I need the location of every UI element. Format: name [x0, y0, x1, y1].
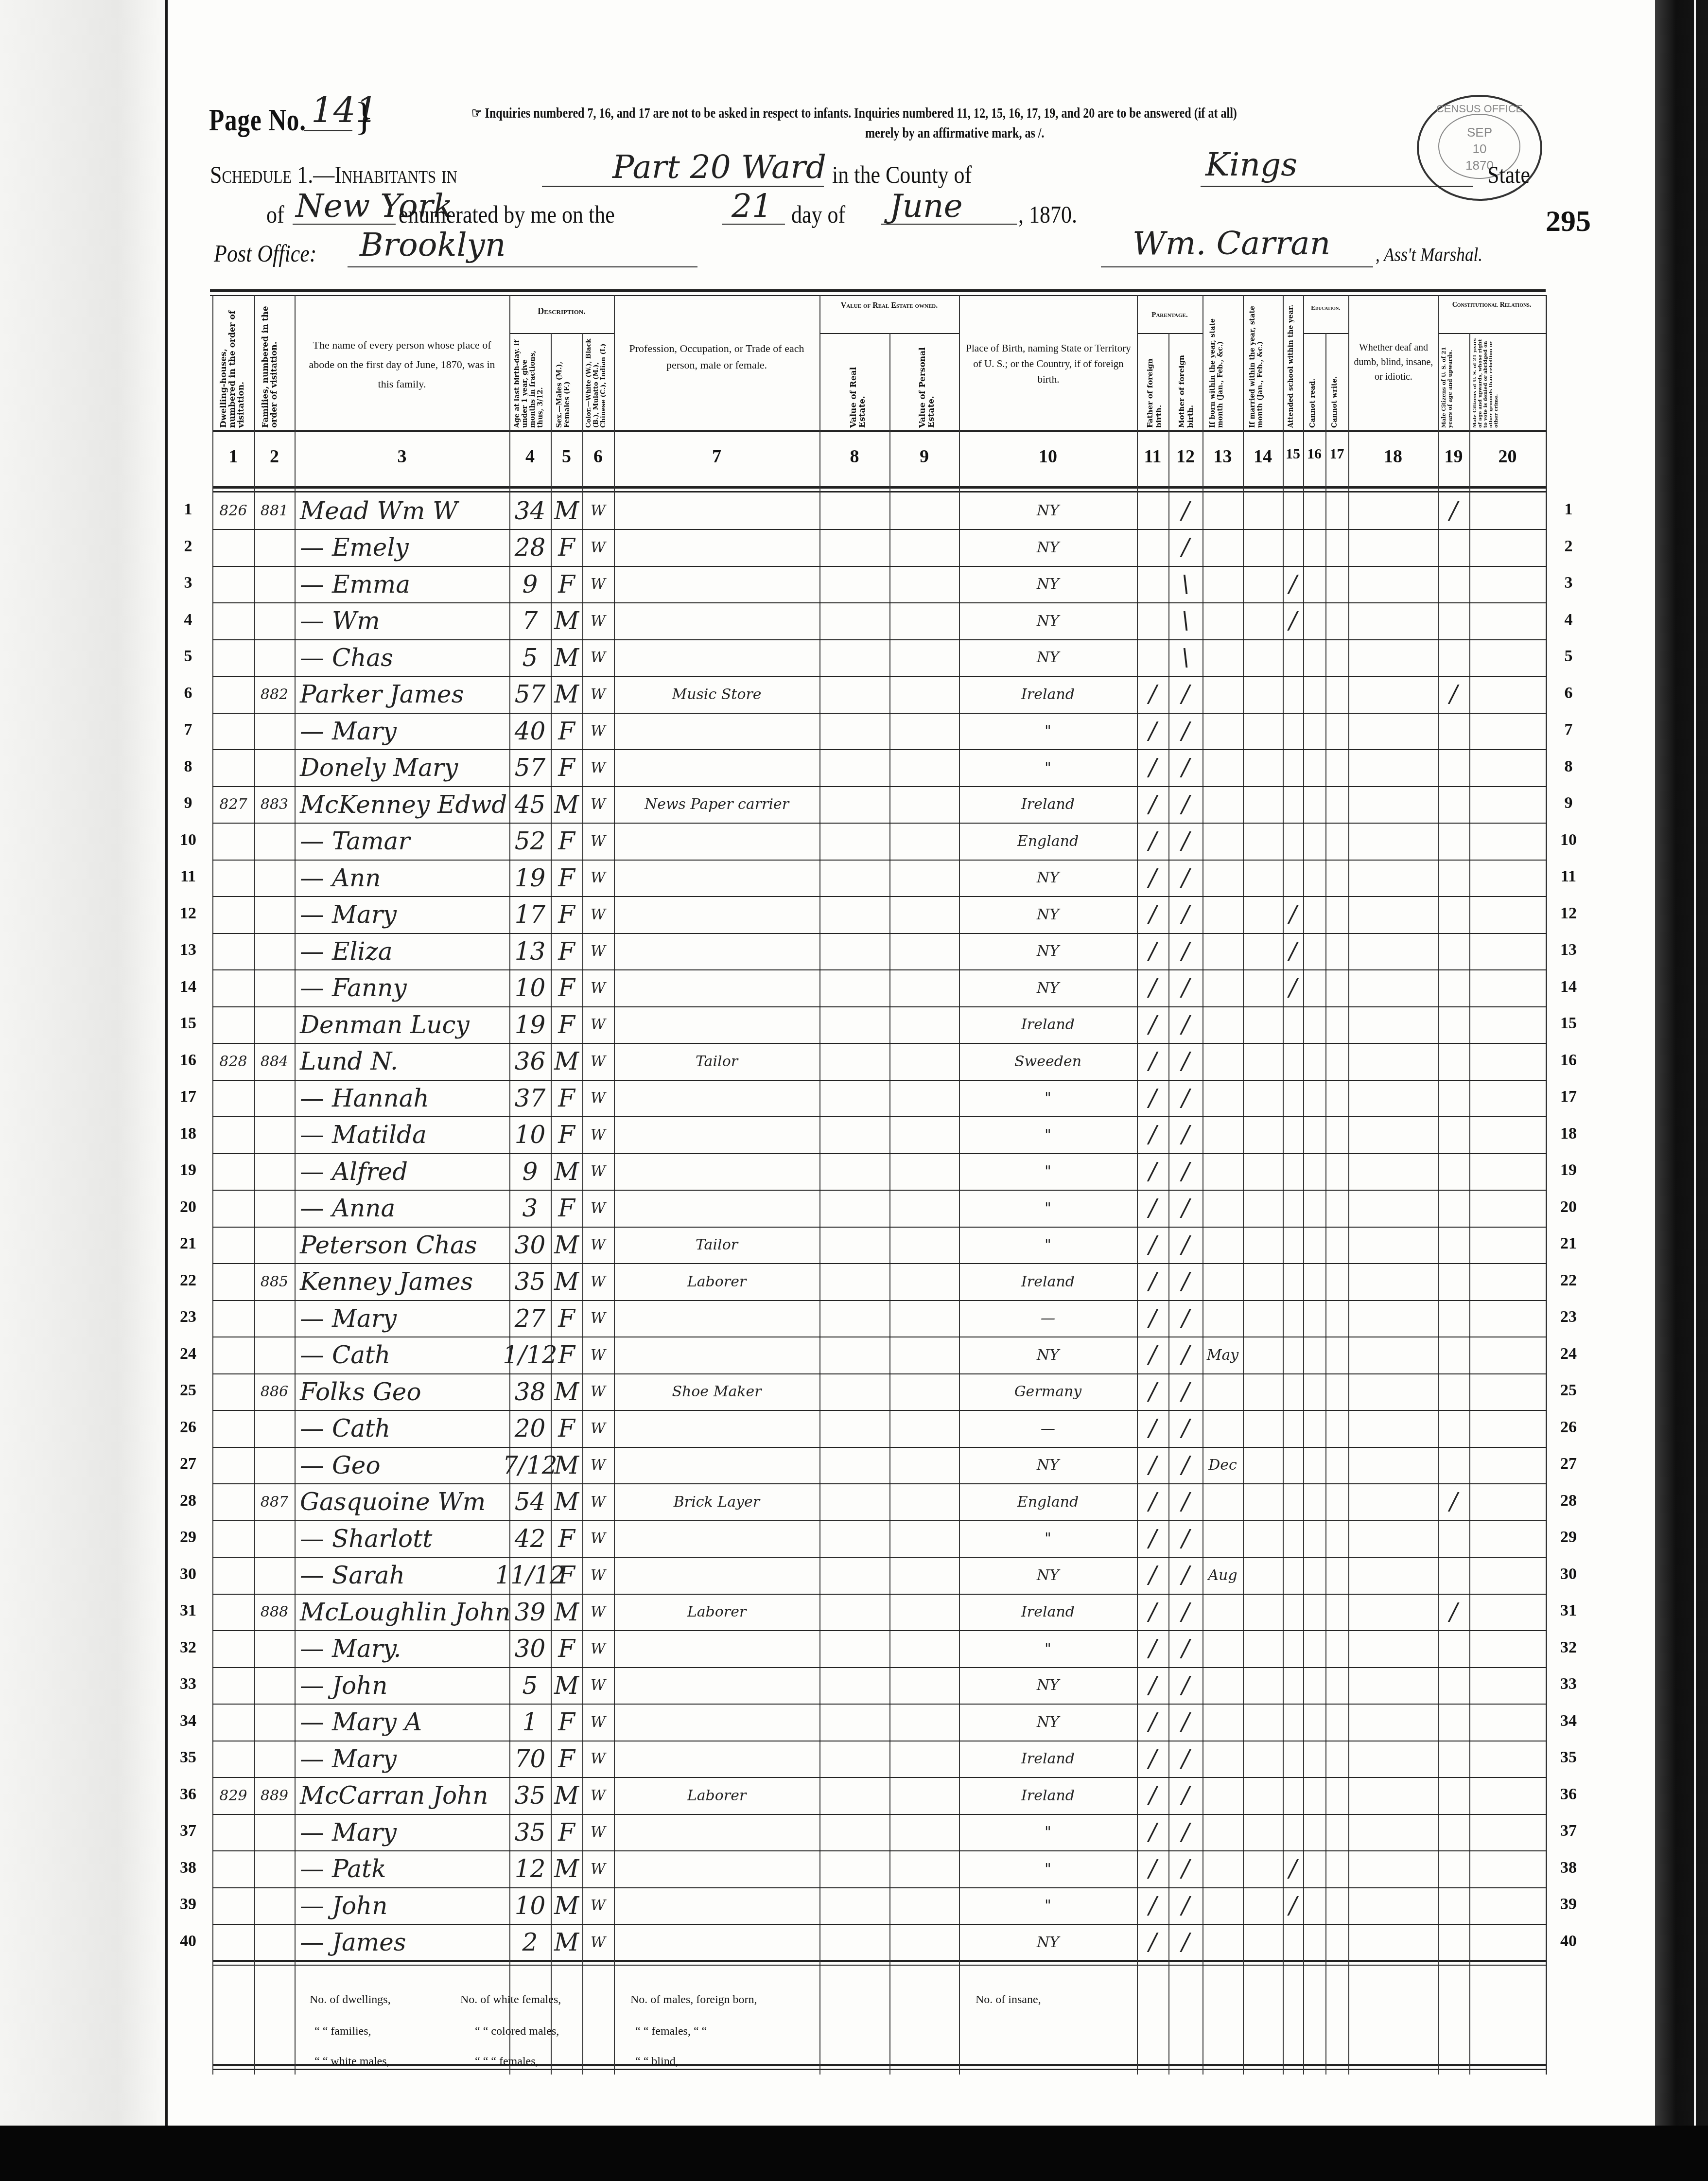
cell-family: 889 — [254, 1777, 295, 1814]
cell-school — [1283, 529, 1303, 566]
cell-birthplace: NY — [959, 1337, 1137, 1374]
row-number-left: 10 — [174, 831, 203, 849]
cell-age: 45 — [509, 786, 551, 823]
cell-name: — John — [300, 1887, 509, 1924]
table-row: 88Donely Mary57FW"// — [212, 750, 1546, 787]
cell-sex: M — [551, 676, 582, 713]
cell-mother-foreign: \ — [1168, 566, 1203, 603]
row-number-right: 28 — [1554, 1492, 1583, 1510]
table-row: 1919— Alfred9MW"// — [212, 1153, 1546, 1190]
table-row: 2121Peterson Chas30MWTailor"// — [212, 1227, 1546, 1264]
row-number-left: 13 — [174, 941, 203, 959]
cell-father-foreign: / — [1137, 1814, 1168, 1851]
cell-color: W — [582, 713, 614, 750]
cell-color: W — [582, 823, 614, 860]
row-number-left: 36 — [174, 1785, 203, 1804]
cell-age: 42 — [509, 1520, 551, 1557]
cell-married-month — [1243, 1080, 1283, 1117]
cell-occupation: Shoe Maker — [614, 1373, 819, 1410]
cell-father-foreign: / — [1137, 1373, 1168, 1410]
cell-age: 11/12 — [509, 1557, 551, 1594]
column-number: 13 — [1203, 446, 1243, 467]
cell-age: 19 — [509, 1006, 551, 1043]
cell-family: 885 — [254, 1264, 295, 1301]
day-value: 21 — [732, 187, 772, 225]
cell-sex: F — [551, 1557, 582, 1594]
cell-dwelling — [212, 1190, 254, 1227]
cell-family: 887 — [254, 1484, 295, 1521]
row-number-left: 16 — [174, 1051, 203, 1070]
cell-name: Gasquoine Wm — [300, 1484, 509, 1521]
cell-age: 10 — [509, 1887, 551, 1924]
cell-dwelling — [212, 566, 254, 603]
cell-school — [1283, 823, 1303, 860]
table-row: 2828887Gasquoine Wm54MWBrick LayerEnglan… — [212, 1484, 1546, 1521]
cell-school — [1283, 1300, 1303, 1337]
cell-age: 52 — [509, 823, 551, 860]
cell-school — [1283, 1190, 1303, 1227]
cell-occupation — [614, 639, 819, 676]
cell-born-month — [1203, 786, 1243, 823]
row-number-right: 36 — [1554, 1785, 1583, 1804]
instructions-notice-line2: merely by an affirmative mark, as /. — [865, 125, 1045, 141]
row-number-right: 18 — [1554, 1125, 1583, 1143]
cell-dwelling — [212, 1704, 254, 1741]
cell-school — [1283, 1043, 1303, 1080]
row-number-left: 8 — [174, 757, 203, 776]
of-label: of — [266, 200, 284, 229]
cell-father-foreign: / — [1137, 1924, 1168, 1961]
cell-sex: F — [551, 1006, 582, 1043]
cell-name: — Mary — [300, 897, 509, 933]
cell-occupation — [614, 1080, 819, 1117]
cell-married-month — [1243, 1594, 1283, 1631]
row-number-left: 37 — [174, 1822, 203, 1840]
cell-father-foreign: / — [1137, 1704, 1168, 1741]
row-number-left: 11 — [174, 867, 203, 886]
cell-dwelling — [212, 529, 254, 566]
cell-dwelling — [212, 603, 254, 640]
cell-sex: F — [551, 860, 582, 897]
cell-name: — Mary — [300, 713, 509, 750]
cell-citizen — [1438, 1153, 1469, 1190]
cell-age: 19 — [509, 860, 551, 897]
cell-dwelling — [212, 750, 254, 787]
cell-school — [1283, 1924, 1303, 1961]
cell-name: — Mary A — [300, 1704, 509, 1741]
row-number-left: 31 — [174, 1601, 203, 1620]
cell-birthplace: " — [959, 750, 1137, 787]
cell-age: 39 — [509, 1594, 551, 1631]
cell-sex: F — [551, 529, 582, 566]
cell-occupation — [614, 1153, 819, 1190]
cell-color: W — [582, 566, 614, 603]
cell-birthplace: NY — [959, 897, 1137, 933]
cell-family — [254, 1851, 295, 1888]
cell-sex: F — [551, 823, 582, 860]
cell-birthplace: Germany — [959, 1373, 1137, 1410]
cell-citizen — [1438, 823, 1469, 860]
cell-married-month — [1243, 1153, 1283, 1190]
cell-family — [254, 897, 295, 933]
cell-occupation — [614, 1851, 819, 1888]
cell-school: / — [1283, 566, 1303, 603]
cell-citizen — [1438, 1337, 1469, 1374]
table-row: 3333— John5MWNY// — [212, 1667, 1546, 1704]
cell-born-month — [1203, 1153, 1243, 1190]
row-number-right: 10 — [1554, 831, 1583, 849]
cell-mother-foreign: / — [1168, 750, 1203, 787]
cell-family — [254, 1117, 295, 1154]
cell-birthplace: NY — [959, 566, 1137, 603]
cell-school — [1283, 713, 1303, 750]
footer-males-foreign: No. of males, foreign born, — [630, 1993, 757, 2006]
cell-family — [254, 713, 295, 750]
cell-mother-foreign: / — [1168, 529, 1203, 566]
cell-sex: F — [551, 1410, 582, 1447]
cell-mother-foreign: / — [1168, 1373, 1203, 1410]
cell-name: — Geo — [300, 1447, 509, 1484]
column-number: 19 — [1438, 446, 1469, 467]
cell-color: W — [582, 676, 614, 713]
cell-name: — Hannah — [300, 1080, 509, 1117]
cell-father-foreign: / — [1137, 1887, 1168, 1924]
county-value: Kings — [1205, 146, 1297, 183]
cell-mother-foreign: \ — [1168, 639, 1203, 676]
cell-dwelling — [212, 639, 254, 676]
cell-sex: F — [551, 750, 582, 787]
cell-color: W — [582, 1190, 614, 1227]
column-number: 20 — [1469, 446, 1546, 467]
cell-father-foreign: / — [1137, 1227, 1168, 1264]
census-table: Dwelling-houses, numbered in the order o… — [212, 289, 1546, 2064]
row-number-right: 17 — [1554, 1088, 1583, 1106]
cell-mother-foreign: / — [1168, 1594, 1203, 1631]
cell-born-month — [1203, 1777, 1243, 1814]
cell-married-month — [1243, 713, 1283, 750]
cell-occupation — [614, 603, 819, 640]
table-row: 66882Parker James57MWMusic StoreIreland/… — [212, 676, 1546, 713]
table-row: 3434— Mary A1FWNY// — [212, 1704, 1546, 1741]
cell-birthplace: — — [959, 1300, 1137, 1337]
cell-school — [1283, 1410, 1303, 1447]
cell-married-month — [1243, 529, 1283, 566]
cell-citizen — [1438, 970, 1469, 1007]
cell-mother-foreign: / — [1168, 1814, 1203, 1851]
cell-married-month — [1243, 1851, 1283, 1888]
cell-married-month — [1243, 1704, 1283, 1741]
cell-birthplace: " — [959, 713, 1137, 750]
cell-dwelling — [212, 1227, 254, 1264]
cell-mother-foreign: / — [1168, 1117, 1203, 1154]
cell-married-month — [1243, 1006, 1283, 1043]
row-number-right: 9 — [1554, 794, 1583, 812]
cell-sex: M — [551, 1043, 582, 1080]
cell-citizen — [1438, 1447, 1469, 1484]
cell-mother-foreign: / — [1168, 1300, 1203, 1337]
cell-age: 5 — [509, 1667, 551, 1704]
row-number-left: 33 — [174, 1675, 203, 1693]
constitutional-group-header: Constitutional Relations. — [1438, 301, 1546, 309]
parentage-group-header: Parentage. — [1137, 311, 1203, 319]
table-row: 1616828884Lund N.36MWTailorSweeden// — [212, 1043, 1546, 1080]
cell-color: W — [582, 1594, 614, 1631]
cell-married-month — [1243, 1484, 1283, 1521]
cell-sex: M — [551, 786, 582, 823]
cell-birthplace: Ireland — [959, 1264, 1137, 1301]
cell-age: 36 — [509, 1043, 551, 1080]
cell-color: W — [582, 1006, 614, 1043]
row-number-left: 7 — [174, 721, 203, 739]
cell-color: W — [582, 1153, 614, 1190]
cell-father-foreign: / — [1137, 1484, 1168, 1521]
row-number-left: 30 — [174, 1565, 203, 1583]
cell-father-foreign: / — [1137, 676, 1168, 713]
cell-father-foreign: / — [1137, 1300, 1168, 1337]
cell-school — [1283, 1227, 1303, 1264]
cell-sex: M — [551, 1264, 582, 1301]
col4-header: Age at last birth-day. If under 1 year, … — [513, 338, 547, 428]
cell-family — [254, 639, 295, 676]
post-office-label: Post Office: — [214, 239, 316, 267]
cell-family: 884 — [254, 1043, 295, 1080]
cell-birthplace: " — [959, 1153, 1137, 1190]
cell-father-foreign: / — [1137, 1153, 1168, 1190]
cell-father-foreign — [1137, 639, 1168, 676]
cell-color: W — [582, 492, 614, 529]
cell-family — [254, 1447, 295, 1484]
row-number-left: 39 — [174, 1895, 203, 1914]
cell-age: 20 — [509, 1410, 551, 1447]
cell-occupation — [614, 1300, 819, 1337]
row-number-right: 12 — [1554, 904, 1583, 923]
cell-born-month — [1203, 1887, 1243, 1924]
education-group-header: Education. — [1303, 304, 1348, 312]
column-number: 15 — [1283, 446, 1303, 462]
cell-sex: F — [551, 970, 582, 1007]
cell-name: — Mary — [300, 1300, 509, 1337]
footer-females-foreign: “ “ females, “ “ — [635, 2025, 707, 2038]
cell-married-month — [1243, 603, 1283, 640]
cell-name: McCarran John — [300, 1777, 509, 1814]
row-number-left: 9 — [174, 794, 203, 812]
cell-sex: F — [551, 566, 582, 603]
cell-age: 35 — [509, 1814, 551, 1851]
cell-dwelling — [212, 1410, 254, 1447]
cell-married-month — [1243, 1264, 1283, 1301]
cell-family — [254, 1741, 295, 1777]
cell-citizen — [1438, 1704, 1469, 1741]
cell-married-month — [1243, 1447, 1283, 1484]
cell-married-month — [1243, 1043, 1283, 1080]
cell-family — [254, 566, 295, 603]
cell-family — [254, 1300, 295, 1337]
cell-occupation — [614, 1741, 819, 1777]
cell-age: 27 — [509, 1300, 551, 1337]
cell-father-foreign — [1137, 529, 1168, 566]
cell-color: W — [582, 750, 614, 787]
cell-mother-foreign: / — [1168, 1924, 1203, 1961]
cell-color: W — [582, 1043, 614, 1080]
cell-school — [1283, 1337, 1303, 1374]
cell-occupation — [614, 750, 819, 787]
county-label: in the County of — [832, 160, 972, 189]
cell-born-month — [1203, 639, 1243, 676]
cell-name: — Mary — [300, 1741, 509, 1777]
row-number-right: 34 — [1554, 1712, 1583, 1730]
cell-citizen — [1438, 1373, 1469, 1410]
cell-family — [254, 1227, 295, 1264]
cell-occupation — [614, 1887, 819, 1924]
cell-school — [1283, 676, 1303, 713]
cell-married-month — [1243, 1667, 1283, 1704]
cell-married-month — [1243, 1777, 1283, 1814]
cell-mother-foreign: / — [1168, 1006, 1203, 1043]
cell-dwelling: 829 — [212, 1777, 254, 1814]
cell-birthplace: Ireland — [959, 786, 1137, 823]
cell-born-month — [1203, 1300, 1243, 1337]
row-number-left: 1 — [174, 500, 203, 519]
cell-school — [1283, 1814, 1303, 1851]
cell-birthplace: NY — [959, 933, 1137, 970]
cell-age: 5 — [509, 639, 551, 676]
cell-age: 35 — [509, 1264, 551, 1301]
cell-color: W — [582, 1924, 614, 1961]
cell-citizen — [1438, 1741, 1469, 1777]
row-number-left: 17 — [174, 1088, 203, 1106]
cell-born-month — [1203, 492, 1243, 529]
cell-family — [254, 1080, 295, 1117]
cell-age: 7/12 — [509, 1447, 551, 1484]
cell-school — [1283, 1080, 1303, 1117]
cell-color: W — [582, 933, 614, 970]
row-number-right: 26 — [1554, 1418, 1583, 1437]
cell-dwelling — [212, 1631, 254, 1668]
cell-sex: F — [551, 1814, 582, 1851]
cell-occupation — [614, 1006, 819, 1043]
cell-color: W — [582, 1667, 614, 1704]
row-number-left: 4 — [174, 611, 203, 629]
cell-mother-foreign: / — [1168, 1227, 1203, 1264]
row-number-left: 18 — [174, 1125, 203, 1143]
cell-color: W — [582, 1117, 614, 1154]
row-number-right: 25 — [1554, 1381, 1583, 1400]
cell-birthplace: NY — [959, 529, 1137, 566]
cell-occupation — [614, 1447, 819, 1484]
cell-dwelling: 826 — [212, 492, 254, 529]
row-number-left: 6 — [174, 684, 203, 703]
cell-born-month — [1203, 1924, 1243, 1961]
cell-occupation — [614, 713, 819, 750]
table-row: 1818— Matilda10FW"// — [212, 1117, 1546, 1154]
day-of-label: day of — [791, 200, 845, 229]
cell-school — [1283, 1741, 1303, 1777]
cell-occupation — [614, 1704, 819, 1741]
row-number-left: 19 — [174, 1161, 203, 1179]
table-row: 55— Chas5MWNY\ — [212, 639, 1546, 676]
cell-married-month — [1243, 1410, 1283, 1447]
cell-color: W — [582, 1227, 614, 1264]
cell-mother-foreign: / — [1168, 1043, 1203, 1080]
cell-dwelling — [212, 860, 254, 897]
cell-color: W — [582, 1887, 614, 1924]
column-number: 9 — [889, 446, 959, 467]
cell-age: 1/12 — [509, 1337, 551, 1374]
footer-dwellings: No. of dwellings, — [310, 1993, 391, 2006]
row-number-right: 5 — [1554, 647, 1583, 666]
cell-married-month — [1243, 1557, 1283, 1594]
cell-birthplace: NY — [959, 603, 1137, 640]
cell-father-foreign: / — [1137, 1337, 1168, 1374]
cell-school — [1283, 750, 1303, 787]
cell-sex: F — [551, 897, 582, 933]
row-number-left: 14 — [174, 978, 203, 996]
footer-colored-males: “ “ colored males, — [475, 2025, 559, 2038]
col18-header: Whether deaf and dumb, blind, insane, or… — [1352, 340, 1435, 384]
cell-occupation: Brick Layer — [614, 1484, 819, 1521]
row-number-right: 13 — [1554, 941, 1583, 959]
cell-birthplace: England — [959, 1484, 1137, 1521]
cell-color: W — [582, 860, 614, 897]
cell-father-foreign: / — [1137, 1594, 1168, 1631]
marshal-signature: Wm. Carran — [1133, 225, 1330, 262]
cell-born-month — [1203, 603, 1243, 640]
cell-occupation: Laborer — [614, 1777, 819, 1814]
cell-dwelling — [212, 1337, 254, 1374]
cell-age: 54 — [509, 1484, 551, 1521]
cell-birthplace: NY — [959, 1667, 1137, 1704]
footer-families: “ “ families, — [314, 2025, 371, 2038]
cell-family — [254, 1814, 295, 1851]
cell-sex: F — [551, 1741, 582, 1777]
cell-father-foreign: / — [1137, 1080, 1168, 1117]
row-number-left: 26 — [174, 1418, 203, 1437]
cell-sex: M — [551, 492, 582, 529]
cell-father-foreign: / — [1137, 897, 1168, 933]
cell-dwelling — [212, 713, 254, 750]
cell-sex: F — [551, 1117, 582, 1154]
cell-sex: F — [551, 1520, 582, 1557]
cell-citizen — [1438, 750, 1469, 787]
cell-family — [254, 603, 295, 640]
cell-occupation: Laborer — [614, 1264, 819, 1301]
cell-age: 40 — [509, 713, 551, 750]
col2-header: Families, numbered in the order of visit… — [261, 304, 290, 428]
col7-header: Profession, Occupation, or Trade of each… — [623, 340, 810, 373]
cell-sex: M — [551, 1484, 582, 1521]
cell-father-foreign — [1137, 566, 1168, 603]
cell-name: — Ann — [300, 860, 509, 897]
footer-colored-females: “ “ “ females, — [475, 2055, 539, 2068]
col3-header: The name of every person whose place of … — [300, 335, 504, 394]
cell-married-month — [1243, 1520, 1283, 1557]
row-number-right: 32 — [1554, 1638, 1583, 1657]
cell-mother-foreign: / — [1168, 1337, 1203, 1374]
cell-family: 881 — [254, 492, 295, 529]
cell-married-month — [1243, 1300, 1283, 1337]
cell-school — [1283, 860, 1303, 897]
table-row: 2424— Cath1/12FWNY//May — [212, 1337, 1546, 1374]
cell-age: 9 — [509, 566, 551, 603]
cell-father-foreign: / — [1137, 1190, 1168, 1227]
cell-family: 888 — [254, 1594, 295, 1631]
cell-school: / — [1283, 603, 1303, 640]
cell-sex: F — [551, 1704, 582, 1741]
row-number-left: 3 — [174, 574, 203, 592]
row-number-right: 2 — [1554, 537, 1583, 556]
cell-family — [254, 823, 295, 860]
cell-married-month — [1243, 1924, 1283, 1961]
